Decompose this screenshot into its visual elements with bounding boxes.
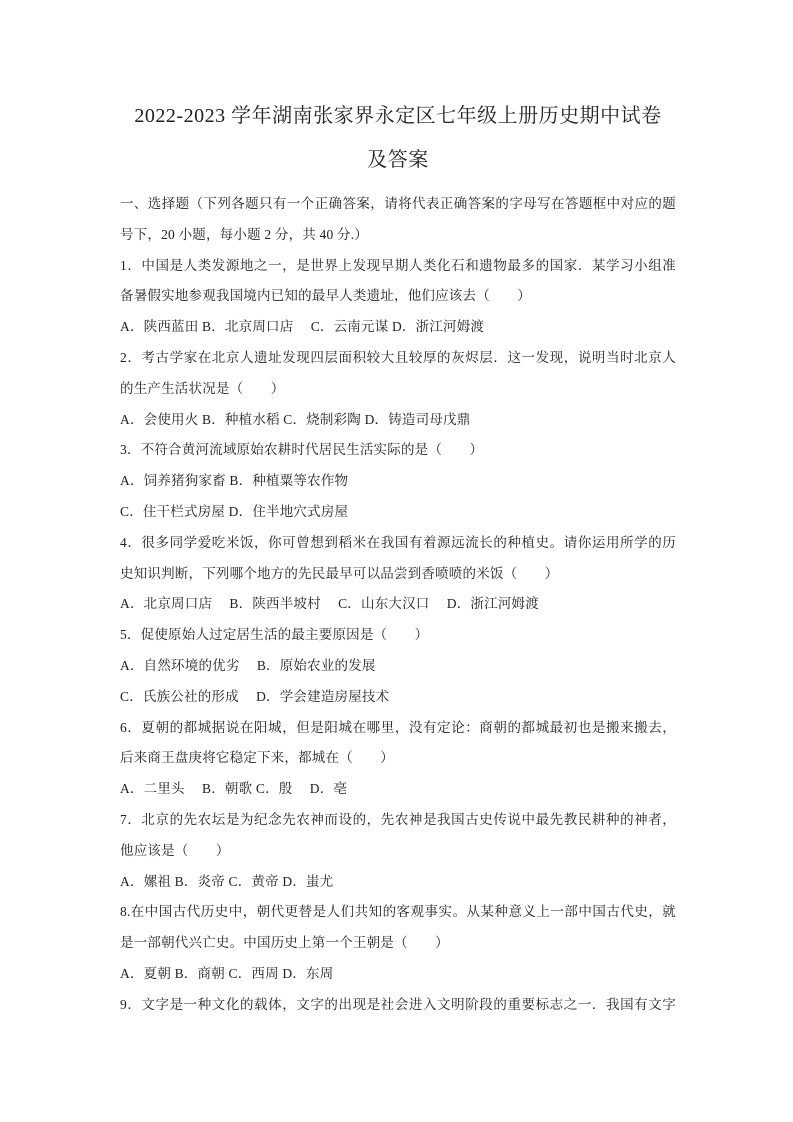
question-9-stem-line-1: 9．文字是一种文化的载体，文字的出现是社会进入文明阶段的重要标志之一．我国有文字 <box>120 990 676 1021</box>
question-3-options-line-1: A．饲养猪狗家畜 B．种植粟等农作物 <box>120 466 676 497</box>
question-8-stem-line-1: 8.在中国古代历史中，朝代更替是人们共知的客观事实。从某种意义上一部中国古代史，… <box>120 897 676 928</box>
question-6-stem-line-2: 后来商王盘庚将它稳定下来，都城在（ ） <box>120 743 676 774</box>
document-title-line-1: 2022-2023 学年湖南张家界永定区七年级上册历史期中试卷 <box>120 94 676 138</box>
question-3-stem-line-1: 3．不符合黄河流域原始农耕时代居民生活实际的是（ ） <box>120 435 676 466</box>
question-1-options-line-1: A．陕西蓝田 B．北京周口店 C．云南元谋 D．浙江河姆渡 <box>120 312 676 343</box>
question-2-options-line-1: A．会使用火 B．种植水稻 C．烧制彩陶 D．铸造司母戊鼎 <box>120 405 676 436</box>
question-8-stem-line-2: 是一部朝代兴亡史。中国历史上第一个王朝是（ ） <box>120 928 676 959</box>
question-7-stem-line-1: 7．北京的先农坛是为纪念先农神而设的，先农神是我国古史传说中最先教民耕种的神者， <box>120 805 676 836</box>
question-7-options-line-1: A．嫘祖 B．炎帝 C．黄帝 D．蚩尤 <box>120 867 676 898</box>
question-6-options-line-1: A．二里头 B．朝歌 C．殷 D．亳 <box>120 774 676 805</box>
document-body: 一、选择题（下列各题只有一个正确答案，请将代表正确答案的字母写在答题框中对应的题… <box>120 189 676 1021</box>
document-title-line-2: 及答案 <box>120 138 676 182</box>
question-2-stem-line-2: 的生产生活状况是（ ） <box>120 374 676 405</box>
document-content: 2022-2023 学年湖南张家界永定区七年级上册历史期中试卷 及答案 一、选择… <box>120 94 676 1021</box>
question-1-stem-line-1: 1．中国是人类发源地之一，是世界上发现早期人类化石和遗物最多的国家．某学习小组准 <box>120 251 676 282</box>
question-4-stem-line-1: 4．很多同学爱吃米饭，你可曾想到稻米在我国有着源远流长的种植史。请你运用所学的历 <box>120 528 676 559</box>
document-title: 2022-2023 学年湖南张家界永定区七年级上册历史期中试卷 及答案 <box>120 94 676 182</box>
question-5-options-line-1: A．自然环境的优劣 B．原始农业的发展 <box>120 651 676 682</box>
section-intro-line-1: 一、选择题（下列各题只有一个正确答案，请将代表正确答案的字母写在答题框中对应的题 <box>120 189 676 220</box>
question-4-options-line-1: A．北京周口店 B．陕西半坡村 C．山东大汉口 D．浙江河姆渡 <box>120 589 676 620</box>
question-4-stem-line-2: 史知识判断，下列哪个地方的先民最早可以品尝到香喷喷的米饭（ ） <box>120 559 676 590</box>
question-2-stem-line-1: 2．考古学家在北京人遗址发现四层面积较大且较厚的灰烬层．这一发现，说明当时北京人 <box>120 343 676 374</box>
exam-document-page: 2022-2023 学年湖南张家界永定区七年级上册历史期中试卷 及答案 一、选择… <box>0 0 793 1122</box>
question-7-stem-line-2: 他应该是（ ） <box>120 836 676 867</box>
question-3-options-line-2: C．住干栏式房屋 D．住半地穴式房屋 <box>120 497 676 528</box>
question-1-stem-line-2: 备暑假实地参观我国境内已知的最早人类遗址，他们应该去（ ） <box>120 281 676 312</box>
question-5-options-line-2: C．氏族公社的形成 D．学会建造房屋技术 <box>120 682 676 713</box>
question-8-options-line-1: A．夏朝 B．商朝 C．西周 D．东周 <box>120 959 676 990</box>
question-6-stem-line-1: 6．夏朝的都城据说在阳城，但是阳城在哪里，没有定论：商朝的都城最初也是搬来搬去， <box>120 713 676 744</box>
question-5-stem-line-1: 5．促使原始人过定居生活的最主要原因是（ ） <box>120 620 676 651</box>
section-intro-line-2: 号下，20 小题，每小题 2 分，共 40 分.） <box>120 220 676 251</box>
